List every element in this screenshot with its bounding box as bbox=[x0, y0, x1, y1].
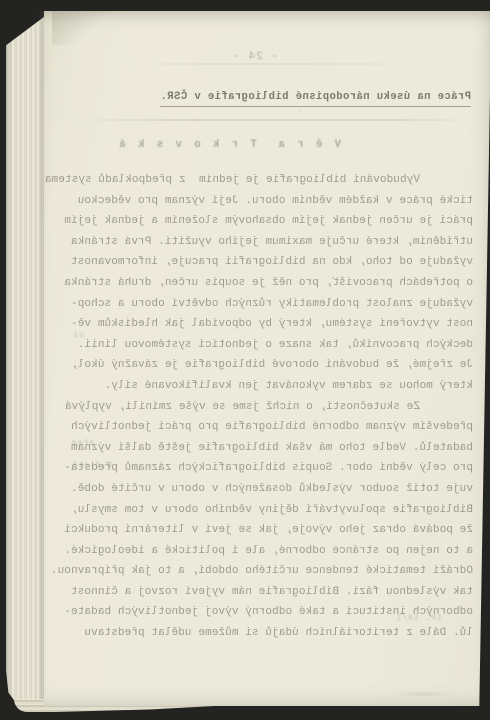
body-line: a to nejen po stránce odborné, ale i pol… bbox=[59, 541, 473, 562]
body-line: tak výslednou fázi. Bibliografie nám vyj… bbox=[59, 582, 473, 603]
body-line: Ze skutečností, o nichž jsme se výše zmí… bbox=[59, 397, 473, 418]
body-line: Odráží tematické tendence určitého obdob… bbox=[59, 561, 473, 582]
heading: Práce na úseku národopisné bibliografie … bbox=[160, 91, 471, 107]
ghost-mark: ˑ˙ bbox=[242, 569, 254, 578]
body-line: deckých pracovníků, tak snaze o jednotíc… bbox=[59, 335, 473, 356]
body-line: lů. Dále z teritoriálních údajů si můžem… bbox=[59, 623, 473, 644]
page-number: - 24 - bbox=[232, 51, 278, 63]
ghost-mark: ˑ·ˑ bbox=[291, 107, 308, 116]
mirrored-bleedthrough-text: - 24 - Práce na úseku národopisné biblio… bbox=[44, 11, 490, 706]
ghost-mark: před bbox=[71, 439, 94, 448]
ghost-mark: ˙ˑ bbox=[160, 203, 172, 212]
ghost-mark: ui bbox=[72, 331, 84, 340]
body-line: vuje totiž soubor výsledků dosažených v … bbox=[59, 479, 473, 500]
body-line: pro celý vědní obor. Soupis bibliografic… bbox=[59, 458, 473, 479]
body-line: utříděním, které určuje maximum jejího v… bbox=[59, 232, 473, 253]
ghost-mark: ˑ˙ bbox=[414, 279, 426, 288]
page: - 24 - Práce na úseku národopisné biblio… bbox=[44, 11, 490, 706]
ghost-mark: ˙ˑ˙ bbox=[181, 485, 198, 494]
body-text-block: Vybudování bibliografie je jedním z před… bbox=[59, 170, 473, 644]
body-line: tické práce v každém vědním oboru. Její … bbox=[59, 191, 473, 212]
body-line: Je zřejmé, že budování oborové bibliogra… bbox=[59, 355, 473, 376]
ghost-mark: 10. 10/1 bbox=[396, 614, 442, 623]
body-line: Vybudování bibliografie je jedním z před… bbox=[59, 170, 473, 191]
body-line: že podává obraz jeho vývoje, jak se jeví… bbox=[59, 520, 473, 541]
body-line: vyžaduje od toho, kdo na bibliografii pr… bbox=[59, 252, 473, 273]
body-line: o potřebách pracovišť, pro něž je soupis… bbox=[59, 273, 473, 294]
body-line: badatelů. Vedle toho má však bibliografi… bbox=[59, 438, 473, 459]
body-line: nost vytvoření systému, který by odpovíd… bbox=[59, 314, 473, 335]
book-scan-photo: - 24 - Práce na úseku národopisné biblio… bbox=[0, 0, 490, 720]
body-line: který mohou se zdarem vykonávat jen kval… bbox=[59, 376, 473, 397]
author-byline: V ě r a T r k o v s k á bbox=[116, 139, 341, 151]
body-line: práci je určen jednak jejím obsahovým sl… bbox=[59, 211, 473, 232]
body-line: především význam odborné bibliografie pr… bbox=[59, 417, 473, 438]
ghost-mark: b.d.sić bbox=[71, 461, 112, 470]
body-line: Bibliografie spoluvytváří dějiny vědního… bbox=[59, 500, 473, 521]
body-line: vyžaduje znalost problematiky různých od… bbox=[59, 294, 473, 315]
